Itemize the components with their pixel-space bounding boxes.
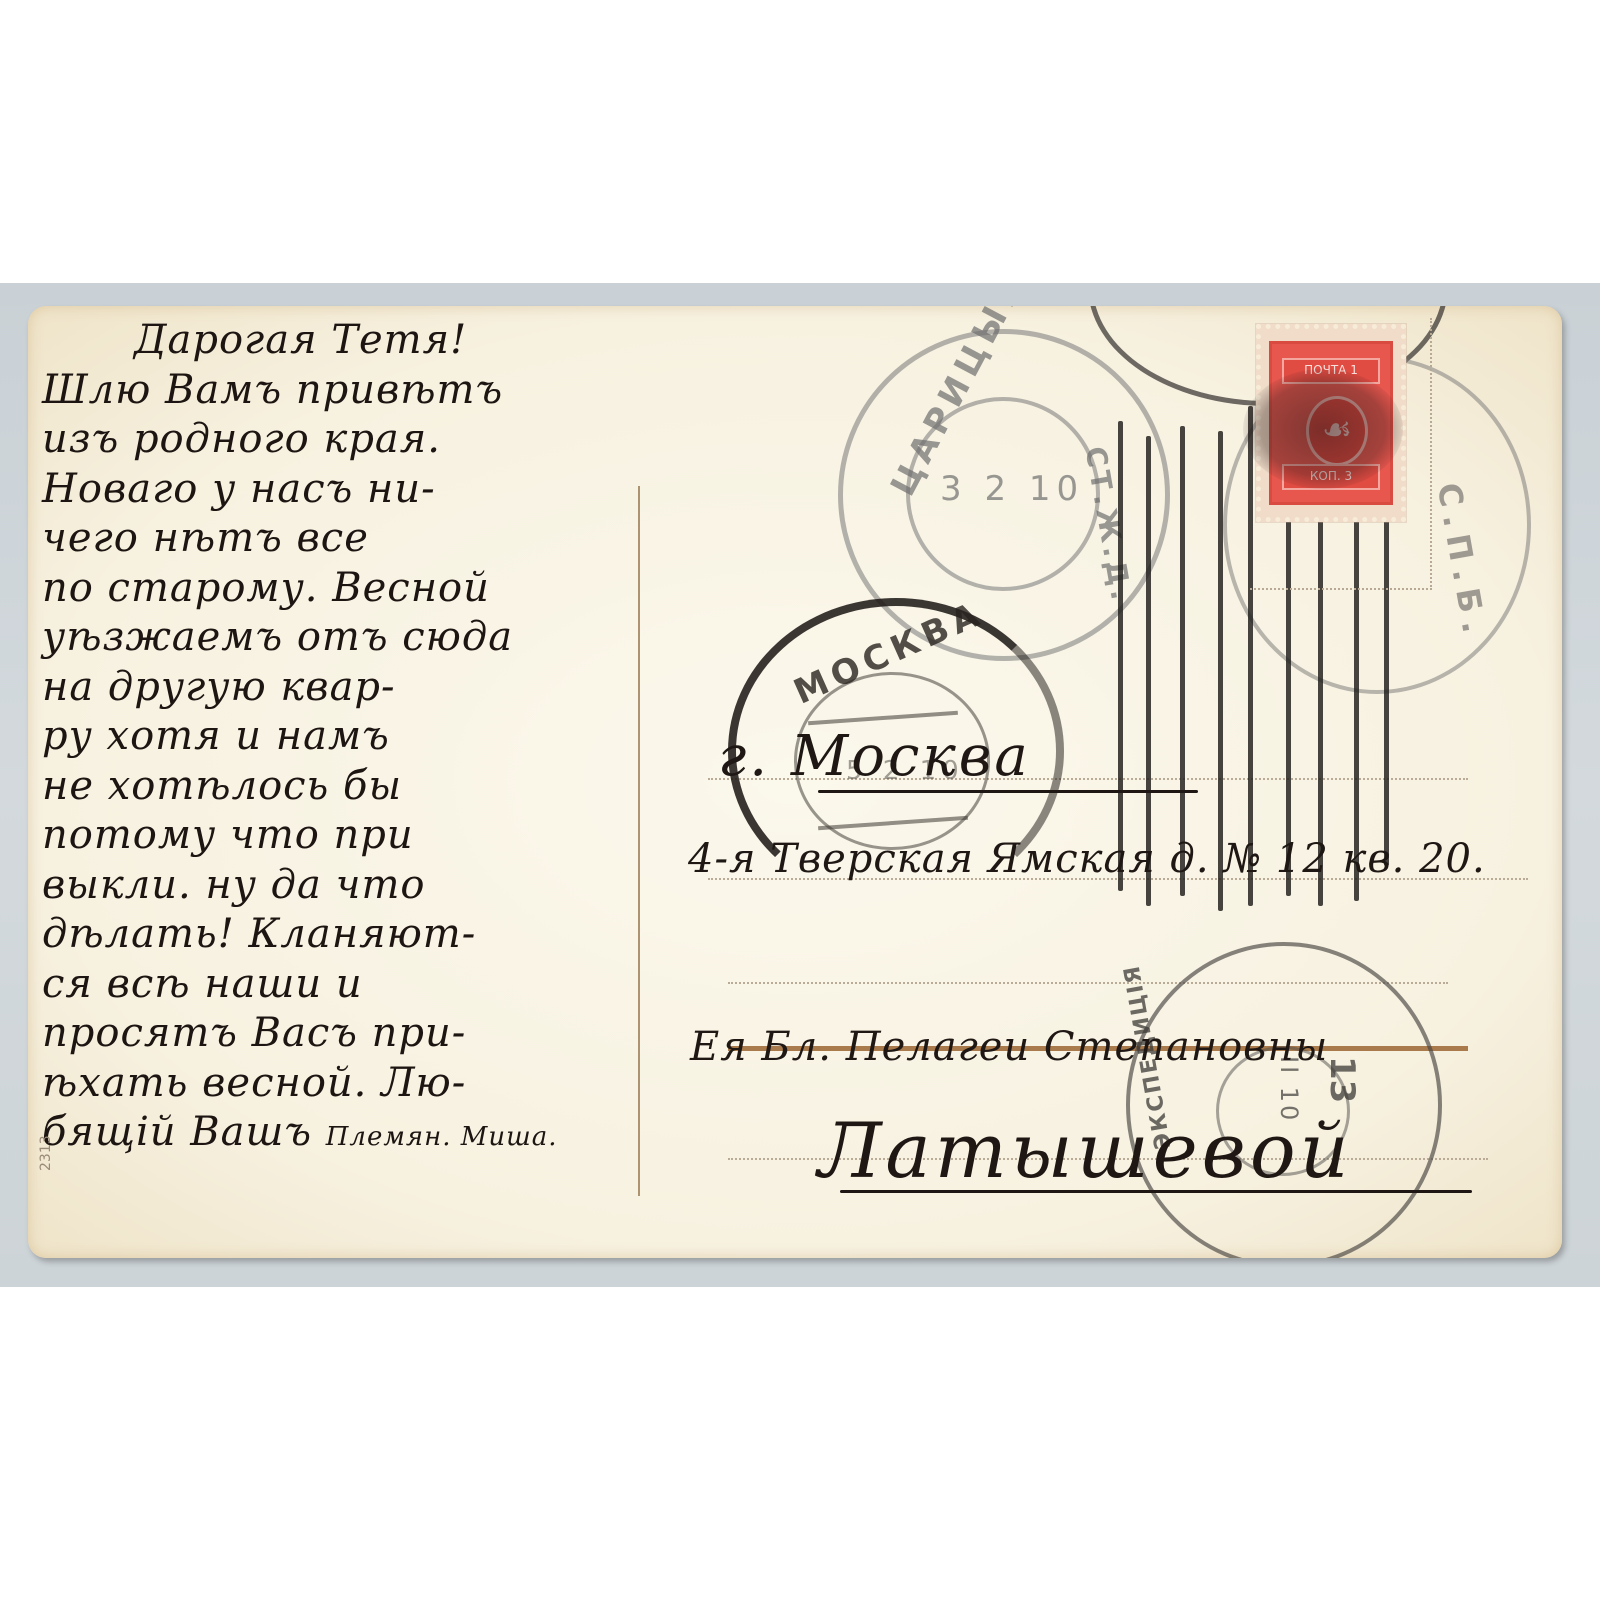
message-line: Дарогая Тетя! — [42, 316, 642, 366]
address-street: 4-я Тверская Ямская д. № 12 кв. 20. — [688, 836, 1486, 882]
underline-squiggle — [818, 790, 1198, 793]
cancel-bar — [1180, 426, 1185, 896]
stamp-cancel-ink — [1243, 369, 1403, 489]
message-line: ся всѣ наши и — [42, 960, 642, 1010]
message-line-final: бящій Вашъ Племян. Миша. — [42, 1108, 642, 1163]
message-line: Шлю Вамъ привѣтъ — [42, 366, 642, 416]
divider-line — [638, 486, 640, 1196]
message-line: по старому. Весной — [42, 564, 642, 614]
message-line: не хотѣлось бы — [42, 762, 642, 812]
postcard: Дарогая Тетя! Шлю Вамъ привѣтъ изъ родно… — [28, 306, 1562, 1258]
message-line: просятъ Васъ при- — [42, 1009, 642, 1059]
cancel-bar — [1118, 421, 1123, 891]
message-line: на другую квар- — [42, 663, 642, 713]
message-line: дѣлать! Кланяют- — [42, 910, 642, 960]
print-code: 2313 — [38, 1135, 54, 1171]
message-line: чего нѣтъ все — [42, 514, 642, 564]
address-recipient-surname: Латышевой — [818, 1106, 1353, 1195]
message-line: ѣхать весной. Лю- — [42, 1059, 642, 1109]
postmark-arc-text: С.П.Б. — [1430, 480, 1495, 643]
address-city: г. Москва — [718, 724, 1031, 789]
postmark-arrival: ЭКСПЕДИЦІЯ II 10 13 — [1126, 942, 1442, 1258]
underline-squiggle — [840, 1190, 1472, 1193]
message-line: ру хотя и намъ — [42, 712, 642, 762]
message-line: потому что при — [42, 811, 642, 861]
postage-stamp: ПОЧТА 1 ☙ КОП. 3 — [1256, 324, 1406, 522]
handwritten-message: Дарогая Тетя! Шлю Вамъ привѣтъ изъ родно… — [42, 316, 642, 1163]
address-recipient-name: Ея Бл. Пелагеи Степановны — [690, 1024, 1328, 1070]
closing: бящій Вашъ — [42, 1109, 312, 1155]
message-line: Новаго у насъ ни- — [42, 465, 642, 515]
message-line: уѣзжаемъ отъ сюда — [42, 613, 642, 663]
postmark-date: 3 2 10 — [940, 469, 1084, 509]
message-line: изъ родного края. — [42, 415, 642, 465]
signature: Племян. Миша. — [326, 1122, 558, 1152]
message-line: выкли. ну да что — [42, 861, 642, 911]
